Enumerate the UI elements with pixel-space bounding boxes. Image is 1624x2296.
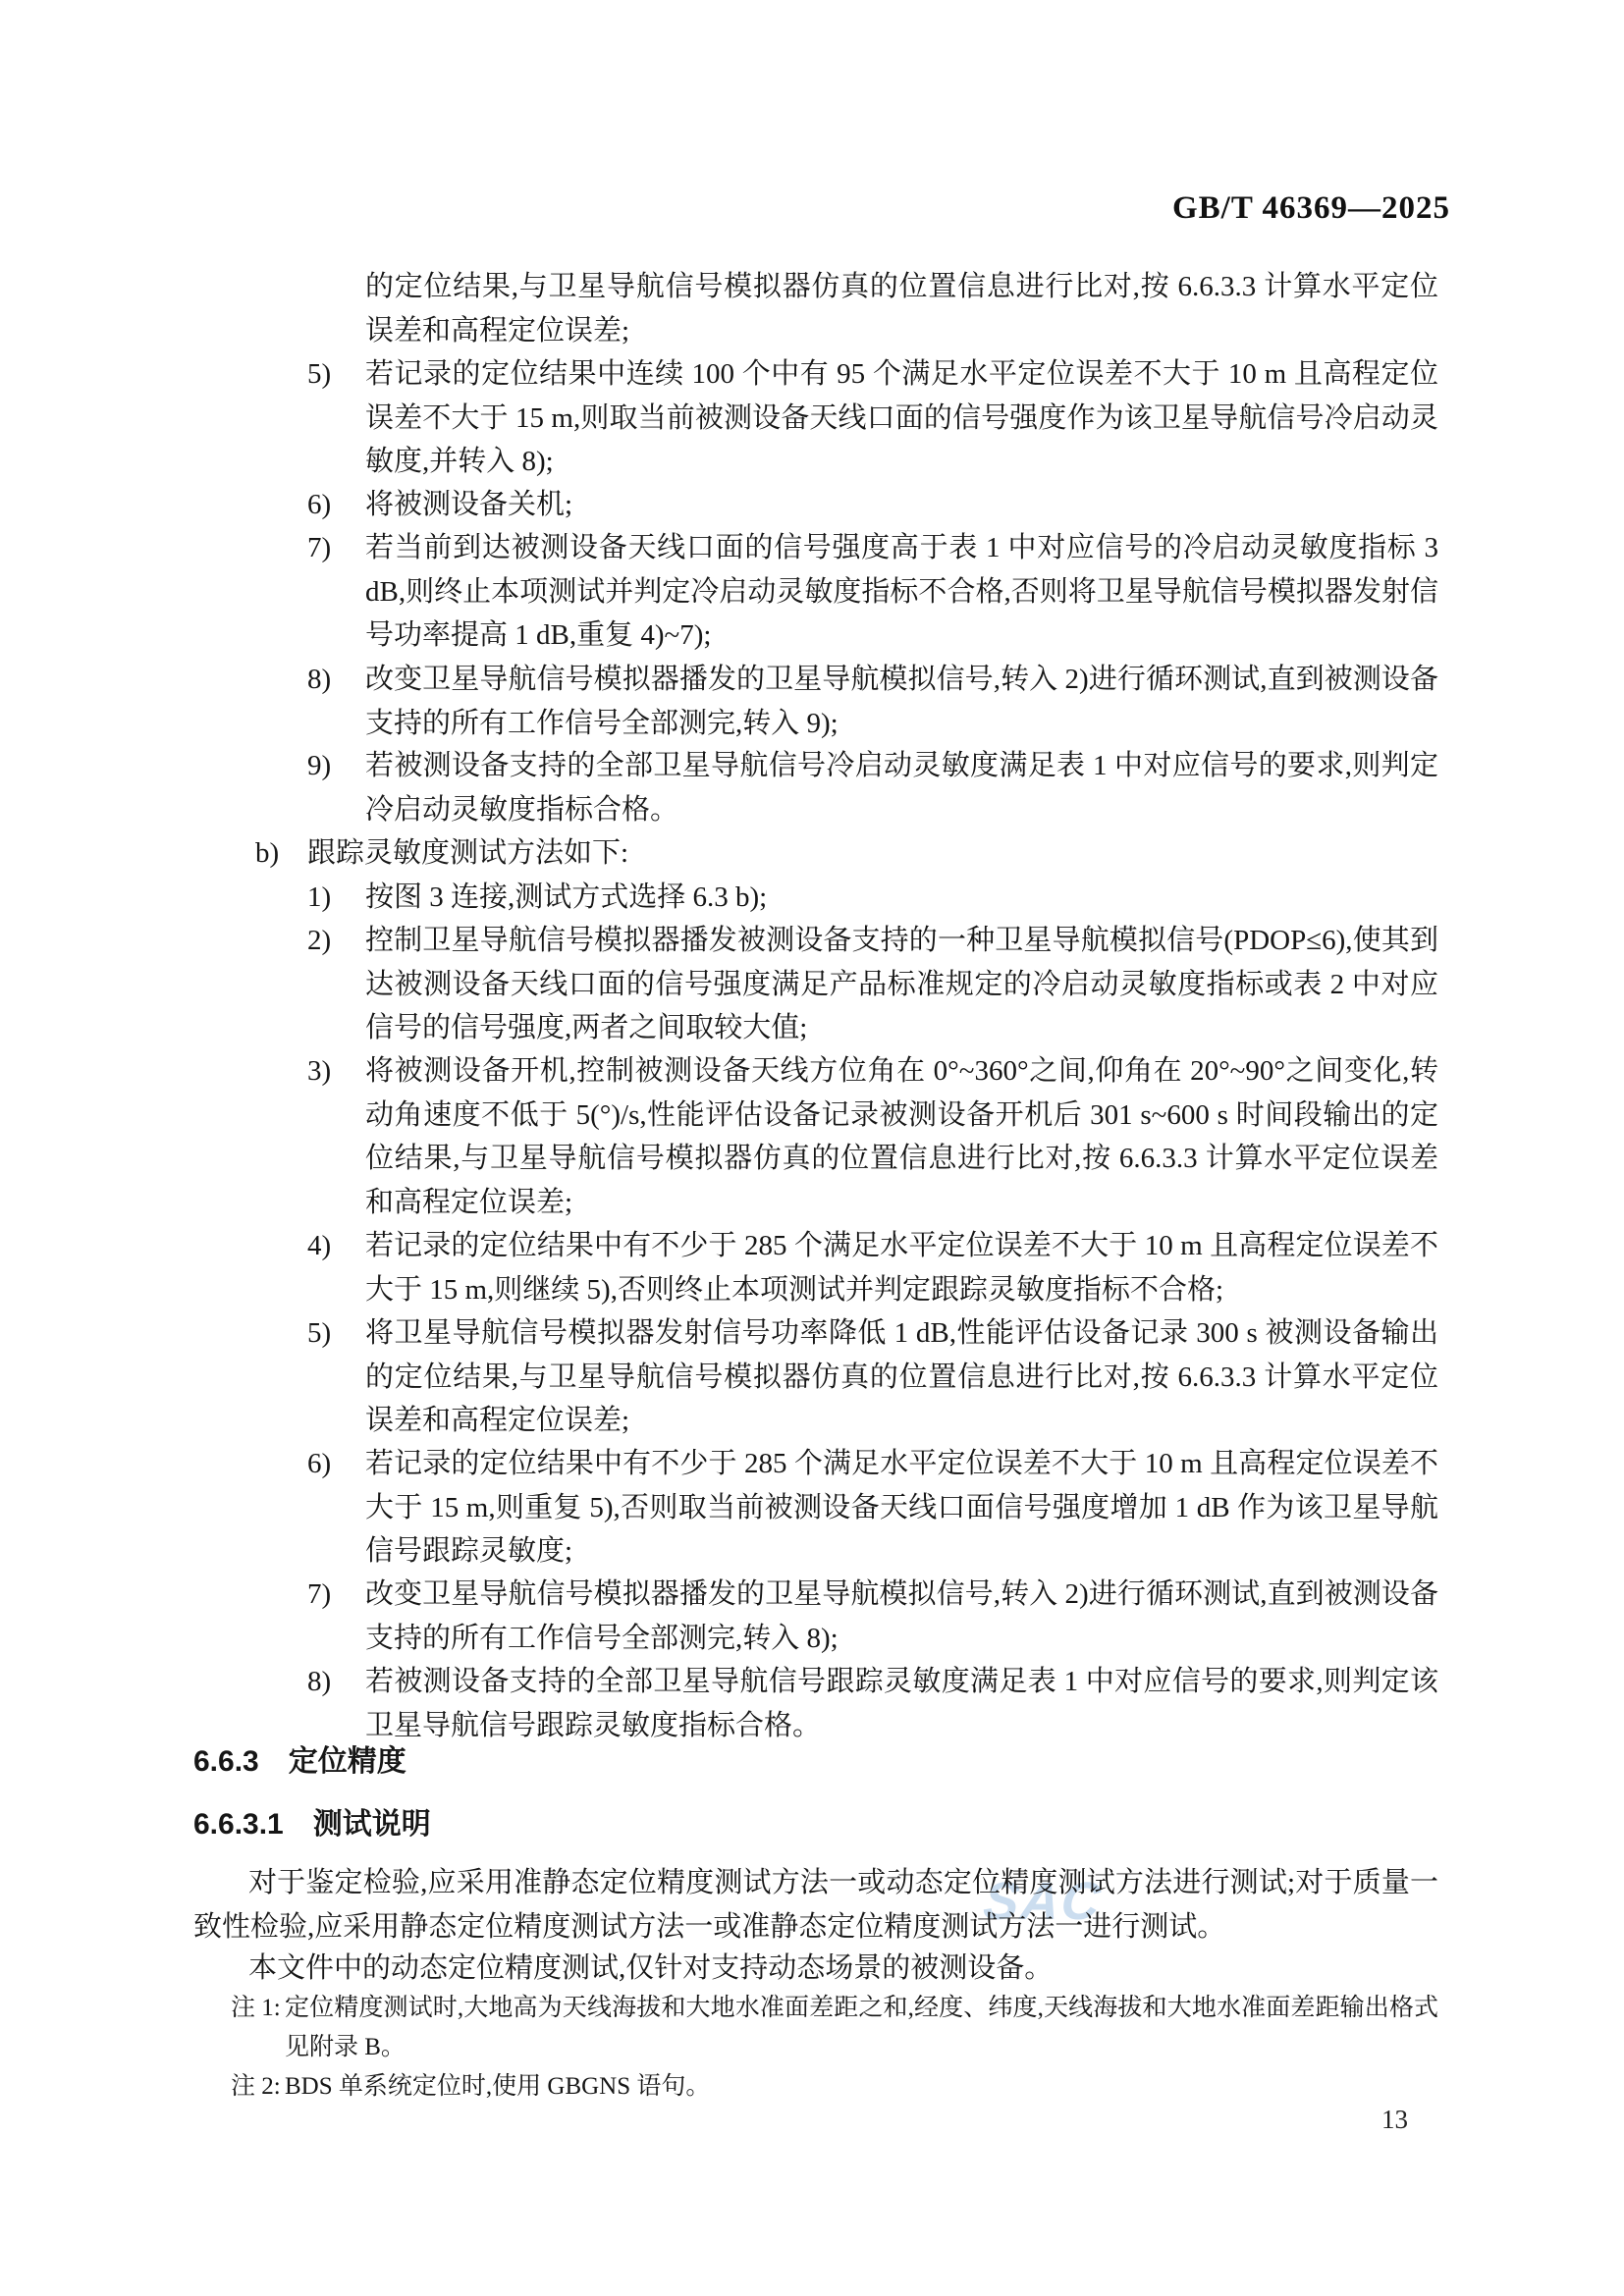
item-letter: b) xyxy=(255,831,279,876)
page-number: 13 xyxy=(1381,2105,1408,2135)
item-text: 改变卫星导航信号模拟器播发的卫星导航模拟信号,转入 2)进行循环测试,直到被测设… xyxy=(365,1578,1438,1654)
item-number: 6) xyxy=(307,1442,331,1486)
list-item-a6: 6) 将被测设备关机; xyxy=(193,483,1438,527)
item-text: 若记录的定位结果中有不少于 285 个满足水平定位误差不大于 10 m 且高程定… xyxy=(365,1230,1438,1306)
item-number: 9) xyxy=(307,744,331,788)
list-item-b2: 2) 控制卫星导航信号模拟器播发被测设备支持的一种卫星导航模拟信号(PDOP≤6… xyxy=(193,919,1438,1050)
paragraph-1: 对于鉴定检验,应采用准静态定位精度测试方法一或动态定位精度测试方法进行测试;对于… xyxy=(193,1861,1438,1949)
item-text: 将被测设备关机; xyxy=(365,489,572,520)
item-text: 若记录的定位结果中连续 100 个中有 95 个满足水平定位误差不大于 10 m… xyxy=(365,358,1438,477)
section-title: 测试说明 xyxy=(313,1808,431,1841)
section-number: 6.6.3.1 xyxy=(193,1808,284,1841)
list-item-a5: 5) 若记录的定位结果中连续 100 个中有 95 个满足水平定位误差不大于 1… xyxy=(193,352,1438,484)
item-text: 将被测设备开机,控制被测设备天线方位角在 0°~360°之间,仰角在 20°~9… xyxy=(365,1055,1438,1218)
item-text: 若记录的定位结果中有不少于 285 个满足水平定位误差不大于 10 m 且高程定… xyxy=(365,1448,1438,1567)
document-page: GB/T 46369—2025 SAC 的定位结果,与卫星导航信号模拟器仿真的位… xyxy=(0,0,1624,2296)
item-number: 2) xyxy=(307,919,331,963)
list-item-b1: 1) 按图 3 连接,测试方式选择 6.3 b); xyxy=(193,876,1438,920)
item-number: 1) xyxy=(307,876,331,920)
item-number: 8) xyxy=(307,658,331,702)
item-text: 改变卫星导航信号模拟器播发的卫星导航模拟信号,转入 2)进行循环测试,直到被测设… xyxy=(365,664,1438,739)
note-label: 注 2: xyxy=(231,2067,281,2107)
standard-number-header: GB/T 46369—2025 xyxy=(1172,190,1450,227)
item-text: 控制卫星导航信号模拟器播发被测设备支持的一种卫星导航模拟信号(PDOP≤6),使… xyxy=(365,925,1438,1043)
item-number: 5) xyxy=(307,1311,331,1356)
paragraph-text: 本文件中的动态定位精度测试,仅针对支持动态场景的被测设备。 xyxy=(248,1952,1053,1984)
note-label: 注 1: xyxy=(231,1989,281,2028)
list-item-a8: 8) 改变卫星导航信号模拟器播发的卫星导航模拟信号,转入 2)进行循环测试,直到… xyxy=(193,658,1438,745)
item-text: 将卫星导航信号模拟器发射信号功率降低 1 dB,性能评估设备记录 300 s 被… xyxy=(365,1317,1438,1436)
paragraph-text: 对于鉴定检验,应采用准静态定位精度测试方法一或动态定位精度测试方法进行测试;对于… xyxy=(193,1867,1438,1943)
section-number: 6.6.3 xyxy=(193,1745,259,1778)
list-a-continuation: 的定位结果,与卫星导航信号模拟器仿真的位置信息进行比对,按 6.6.3.3 计算… xyxy=(193,265,1438,352)
list-item-b: b) 跟踪灵敏度测试方法如下: xyxy=(193,831,1438,876)
list-item-b6: 6) 若记录的定位结果中有不少于 285 个满足水平定位误差不大于 10 m 且… xyxy=(193,1442,1438,1574)
item-text: 按图 3 连接,测试方式选择 6.3 b); xyxy=(365,881,767,913)
section-heading-6631: 6.6.3.1测试说明 xyxy=(193,1805,1438,1844)
item-number: 3) xyxy=(307,1049,331,1094)
note-1: 注 1: 定位精度测试时,大地高为天线海拔和大地水准面差距之和,经度、纬度,天线… xyxy=(193,1989,1438,2067)
item-text: 若被测设备支持的全部卫星导航信号冷启动灵敏度满足表 1 中对应信号的要求,则判定… xyxy=(365,750,1438,826)
item-number: 7) xyxy=(307,526,331,570)
section-title: 定位精度 xyxy=(289,1745,406,1778)
item-number: 5) xyxy=(307,352,331,397)
item-text: 若被测设备支持的全部卫星导航信号跟踪灵敏度满足表 1 中对应信号的要求,则判定该… xyxy=(365,1666,1438,1741)
section-heading-663: 6.6.3定位精度 xyxy=(193,1742,1438,1782)
list-item-b8: 8) 若被测设备支持的全部卫星导航信号跟踪灵敏度满足表 1 中对应信号的要求,则… xyxy=(193,1660,1438,1747)
item-text: 若当前到达被测设备天线口面的信号强度高于表 1 中对应信号的冷启动灵敏度指标 3… xyxy=(365,532,1438,651)
item-number: 8) xyxy=(307,1660,331,1704)
note-2: 注 2: BDS 单系统定位时,使用 GBGNS 语句。 xyxy=(193,2067,1438,2107)
item-number: 7) xyxy=(307,1573,331,1617)
item-number: 4) xyxy=(307,1224,331,1268)
list-item-b5: 5) 将卫星导航信号模拟器发射信号功率降低 1 dB,性能评估设备记录 300 … xyxy=(193,1311,1438,1443)
note-text: 定位精度测试时,大地高为天线海拔和大地水准面差距之和,经度、纬度,天线海拔和大地… xyxy=(285,1995,1438,2060)
item-text: 跟踪灵敏度测试方法如下: xyxy=(307,837,628,869)
item-number: 6) xyxy=(307,483,331,527)
note-text: BDS 单系统定位时,使用 GBGNS 语句。 xyxy=(285,2073,710,2100)
paragraph-2: 本文件中的动态定位精度测试,仅针对支持动态场景的被测设备。 xyxy=(193,1947,1438,1991)
list-item-b7: 7) 改变卫星导航信号模拟器播发的卫星导航模拟信号,转入 2)进行循环测试,直到… xyxy=(193,1573,1438,1660)
item-text: 的定位结果,与卫星导航信号模拟器仿真的位置信息进行比对,按 6.6.3.3 计算… xyxy=(365,271,1438,347)
list-item-b3: 3) 将被测设备开机,控制被测设备天线方位角在 0°~360°之间,仰角在 20… xyxy=(193,1049,1438,1224)
list-item-a9: 9) 若被测设备支持的全部卫星导航信号冷启动灵敏度满足表 1 中对应信号的要求,… xyxy=(193,744,1438,831)
list-item-a7: 7) 若当前到达被测设备天线口面的信号强度高于表 1 中对应信号的冷启动灵敏度指… xyxy=(193,526,1438,658)
list-item-b4: 4) 若记录的定位结果中有不少于 285 个满足水平定位误差不大于 10 m 且… xyxy=(193,1224,1438,1311)
